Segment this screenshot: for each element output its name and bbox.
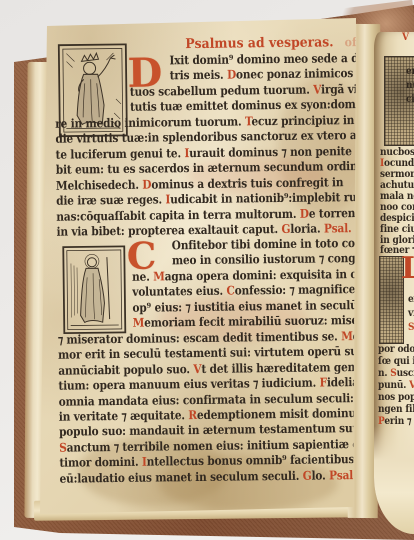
- body-text: eū:laudatio eius manet in seculum seculi…: [59, 468, 302, 485]
- text-line: timor domini. Intellectus bonus omnib⁹ f…: [59, 452, 354, 470]
- body-text: te luciferum genui te.: [56, 146, 185, 162]
- drop-cap-C: C: [127, 240, 157, 274]
- body-text: tutis tuæ emittet dominus ex syon:domina: [130, 97, 374, 114]
- body-text: urauit dominus ⁊ non penite: [189, 144, 352, 160]
- facing-text-line: por odos gl: [378, 344, 414, 355]
- body-text: nu: [406, 80, 414, 91]
- body-text: despiciat ini: [380, 213, 414, 224]
- facing-text-line: fœner ⁊ tabe: [380, 245, 414, 256]
- body-text: edemptionem misit dominus: [197, 406, 362, 422]
- facing-text-line: ſœ qui in aliis: [378, 356, 414, 367]
- body-text: Melchisedech.: [56, 177, 142, 192]
- facing-text-line: despiciat ini: [380, 213, 414, 224]
- facing-text-line: sermones su: [380, 169, 414, 180]
- body-text: t det illis hæreditatem gen: [201, 360, 355, 376]
- body-text: in veritate ⁊ æquitate.: [59, 408, 189, 424]
- facing-text-line: n. Suscitans: [378, 368, 414, 379]
- body-text: loria.: [290, 221, 324, 235]
- body-text: tris meis.: [170, 68, 228, 83]
- facing-text-line: nu: [406, 80, 414, 91]
- facing-drop-cap-L: L: [401, 254, 414, 284]
- body-text: sermones su: [380, 169, 414, 180]
- body-text: tium: opera manuum eius veritas ⁊ iudici…: [58, 376, 319, 393]
- body-text: ominus a dextris tuis confregit in: [151, 175, 343, 191]
- manuscript-page: Psalmus ad vesperas.ofba: [38, 16, 360, 518]
- body-text: fœner ⁊ tabe: [380, 245, 414, 256]
- rubricated-text: Psal: [329, 468, 353, 482]
- facing-text-line: nos populi s: [378, 392, 414, 403]
- body-text: punū.: [378, 380, 409, 391]
- body-text: ocundus l: [384, 158, 414, 169]
- rubricated-text: V: [402, 32, 409, 43]
- rubricated-text: M: [133, 316, 145, 330]
- facing-text-line: V: [402, 32, 409, 43]
- body-text: tuos scabellum pedum tuorum.: [130, 82, 314, 98]
- body-text: nucbos lum: [380, 147, 414, 158]
- body-text: ex: [408, 294, 414, 305]
- facing-text-line: S: [408, 322, 414, 333]
- body-text: ecuz principiuz in: [251, 113, 354, 128]
- body-text: eri: [406, 66, 414, 77]
- facing-text-line: noo confirma: [380, 202, 414, 213]
- body-text: voluntates eius.: [132, 284, 226, 299]
- body-text: Ixit domin⁹ domino meo sede a dex: [169, 51, 371, 67]
- text-line: Memoriam fecit mirabiliū suoruz: miseric…: [133, 313, 392, 330]
- body-text: in via bibet: propterea exaltauit caput.: [56, 222, 281, 239]
- facing-text-line: ciū: [406, 94, 414, 105]
- rubricated-text: S: [408, 322, 414, 333]
- body-text: ſœ qui in aliis: [378, 356, 414, 367]
- text-line: tutis tuæ emittet dominus ex syon:domina: [130, 97, 374, 114]
- body-text: ngen filiorū: [378, 404, 414, 415]
- psalm-confitebor-text: Onfitebor tibi domine in toto cordemeo i…: [35, 14, 357, 18]
- body-text: vſ: [408, 308, 414, 319]
- body-text: udicabit in nationib⁹:implebit rui: [170, 190, 360, 206]
- rubricated-text: M: [153, 269, 165, 283]
- rubricated-text: R: [188, 408, 197, 422]
- text-line: tris meis. Donec ponaz inimicos: [170, 67, 354, 83]
- facing-text-line: vſ: [408, 308, 414, 319]
- text-line: ne. Magna opera domini: exquisita in omn…: [132, 267, 388, 284]
- body-text: re in medio inimicorum tuorum.: [55, 114, 245, 130]
- facing-text-line: punū. Vt col: [378, 380, 414, 391]
- facing-text-line: ex: [408, 294, 414, 305]
- text-line: Ixit domin⁹ domino meo sede a dex: [169, 51, 371, 67]
- heading-text: Psalmus ad vesperas.: [185, 34, 333, 52]
- facing-text-line: ngen filiorū: [378, 404, 414, 415]
- body-text: mala non nu: [380, 191, 414, 202]
- rubricated-text: G: [281, 222, 290, 236]
- body-text: nas:cōquaſſabit capita in terra multorum…: [56, 206, 300, 223]
- text-line: voluntates eius. Confessio: ⁊ magnificen…: [132, 282, 378, 299]
- body-text: lo.: [311, 468, 329, 482]
- body-text: annūciabit populo suo.: [58, 362, 193, 378]
- text-line: eū:laudatio eius manet in seculum seculi…: [59, 468, 353, 486]
- body-text: ne.: [132, 269, 153, 283]
- page-heading: Psalmus ad vesperas.ofba: [185, 34, 371, 52]
- text-line: Onfitebor tibi domine in toto corde: [172, 236, 374, 252]
- body-text: nos populi s: [378, 392, 414, 403]
- rubricated-text: V: [409, 380, 414, 391]
- rubricated-text: V: [193, 362, 201, 376]
- facing-text-line: Iocundus l: [380, 158, 414, 169]
- body-text: n.: [378, 368, 390, 379]
- text-line: te luciferum genui te. Iurauit dominus ⁊…: [56, 144, 352, 162]
- body-text: die iræ suæ reges.: [56, 192, 165, 207]
- body-text: por odos gl: [378, 344, 414, 355]
- body-text: uscitans: [397, 368, 414, 379]
- body-text: ⁊ miserator dominus: escam dedit timenti…: [58, 329, 341, 346]
- facing-text-line: mala non nu: [380, 191, 414, 202]
- facing-text-line: eri: [406, 66, 414, 77]
- text-line: tuos scabellum pedum tuorum. Virgã vir: [130, 82, 363, 99]
- body-text: achutur.: [380, 180, 414, 191]
- body-text: ciū: [406, 94, 414, 105]
- woodcut-standing-figure-icon: [62, 245, 127, 340]
- photo-backdrop: L Verinuciūnucbos lumIocundus lsermones …: [0, 0, 414, 540]
- facing-text-line: achutur. In: [380, 180, 414, 191]
- body-text: onec ponaz inimicos: [236, 67, 353, 82]
- rubricated-text: D: [300, 206, 309, 220]
- body-text: fine cius ma: [380, 224, 414, 235]
- body-text: noo confirma: [380, 202, 414, 213]
- body-text: timor domini.: [59, 455, 142, 470]
- rubricated-text: M: [341, 329, 353, 343]
- body-text: Onfitebor tibi domine in toto corde: [172, 236, 374, 252]
- body-text: ntellectus bonus omnib⁹ facientibus: [147, 452, 355, 469]
- facing-page: L Verinuciūnucbos lumIocundus lsermones …: [374, 32, 414, 534]
- psalm-dixit-dominus-text: Ixit domin⁹ domino meo sede a dextris me…: [35, 14, 357, 18]
- text-line: Melchisedech. Dominus a dextris tuis con…: [56, 175, 343, 193]
- facing-text-line: fine cius ma: [380, 224, 414, 235]
- rubricated-text: Psal.: [324, 221, 352, 235]
- facing-text-line: nucbos lum: [380, 147, 414, 158]
- text-line: annūciabit populo suo. Vt det illis hære…: [58, 360, 355, 378]
- page-content: Psalmus ad vesperas.ofba: [35, 14, 363, 520]
